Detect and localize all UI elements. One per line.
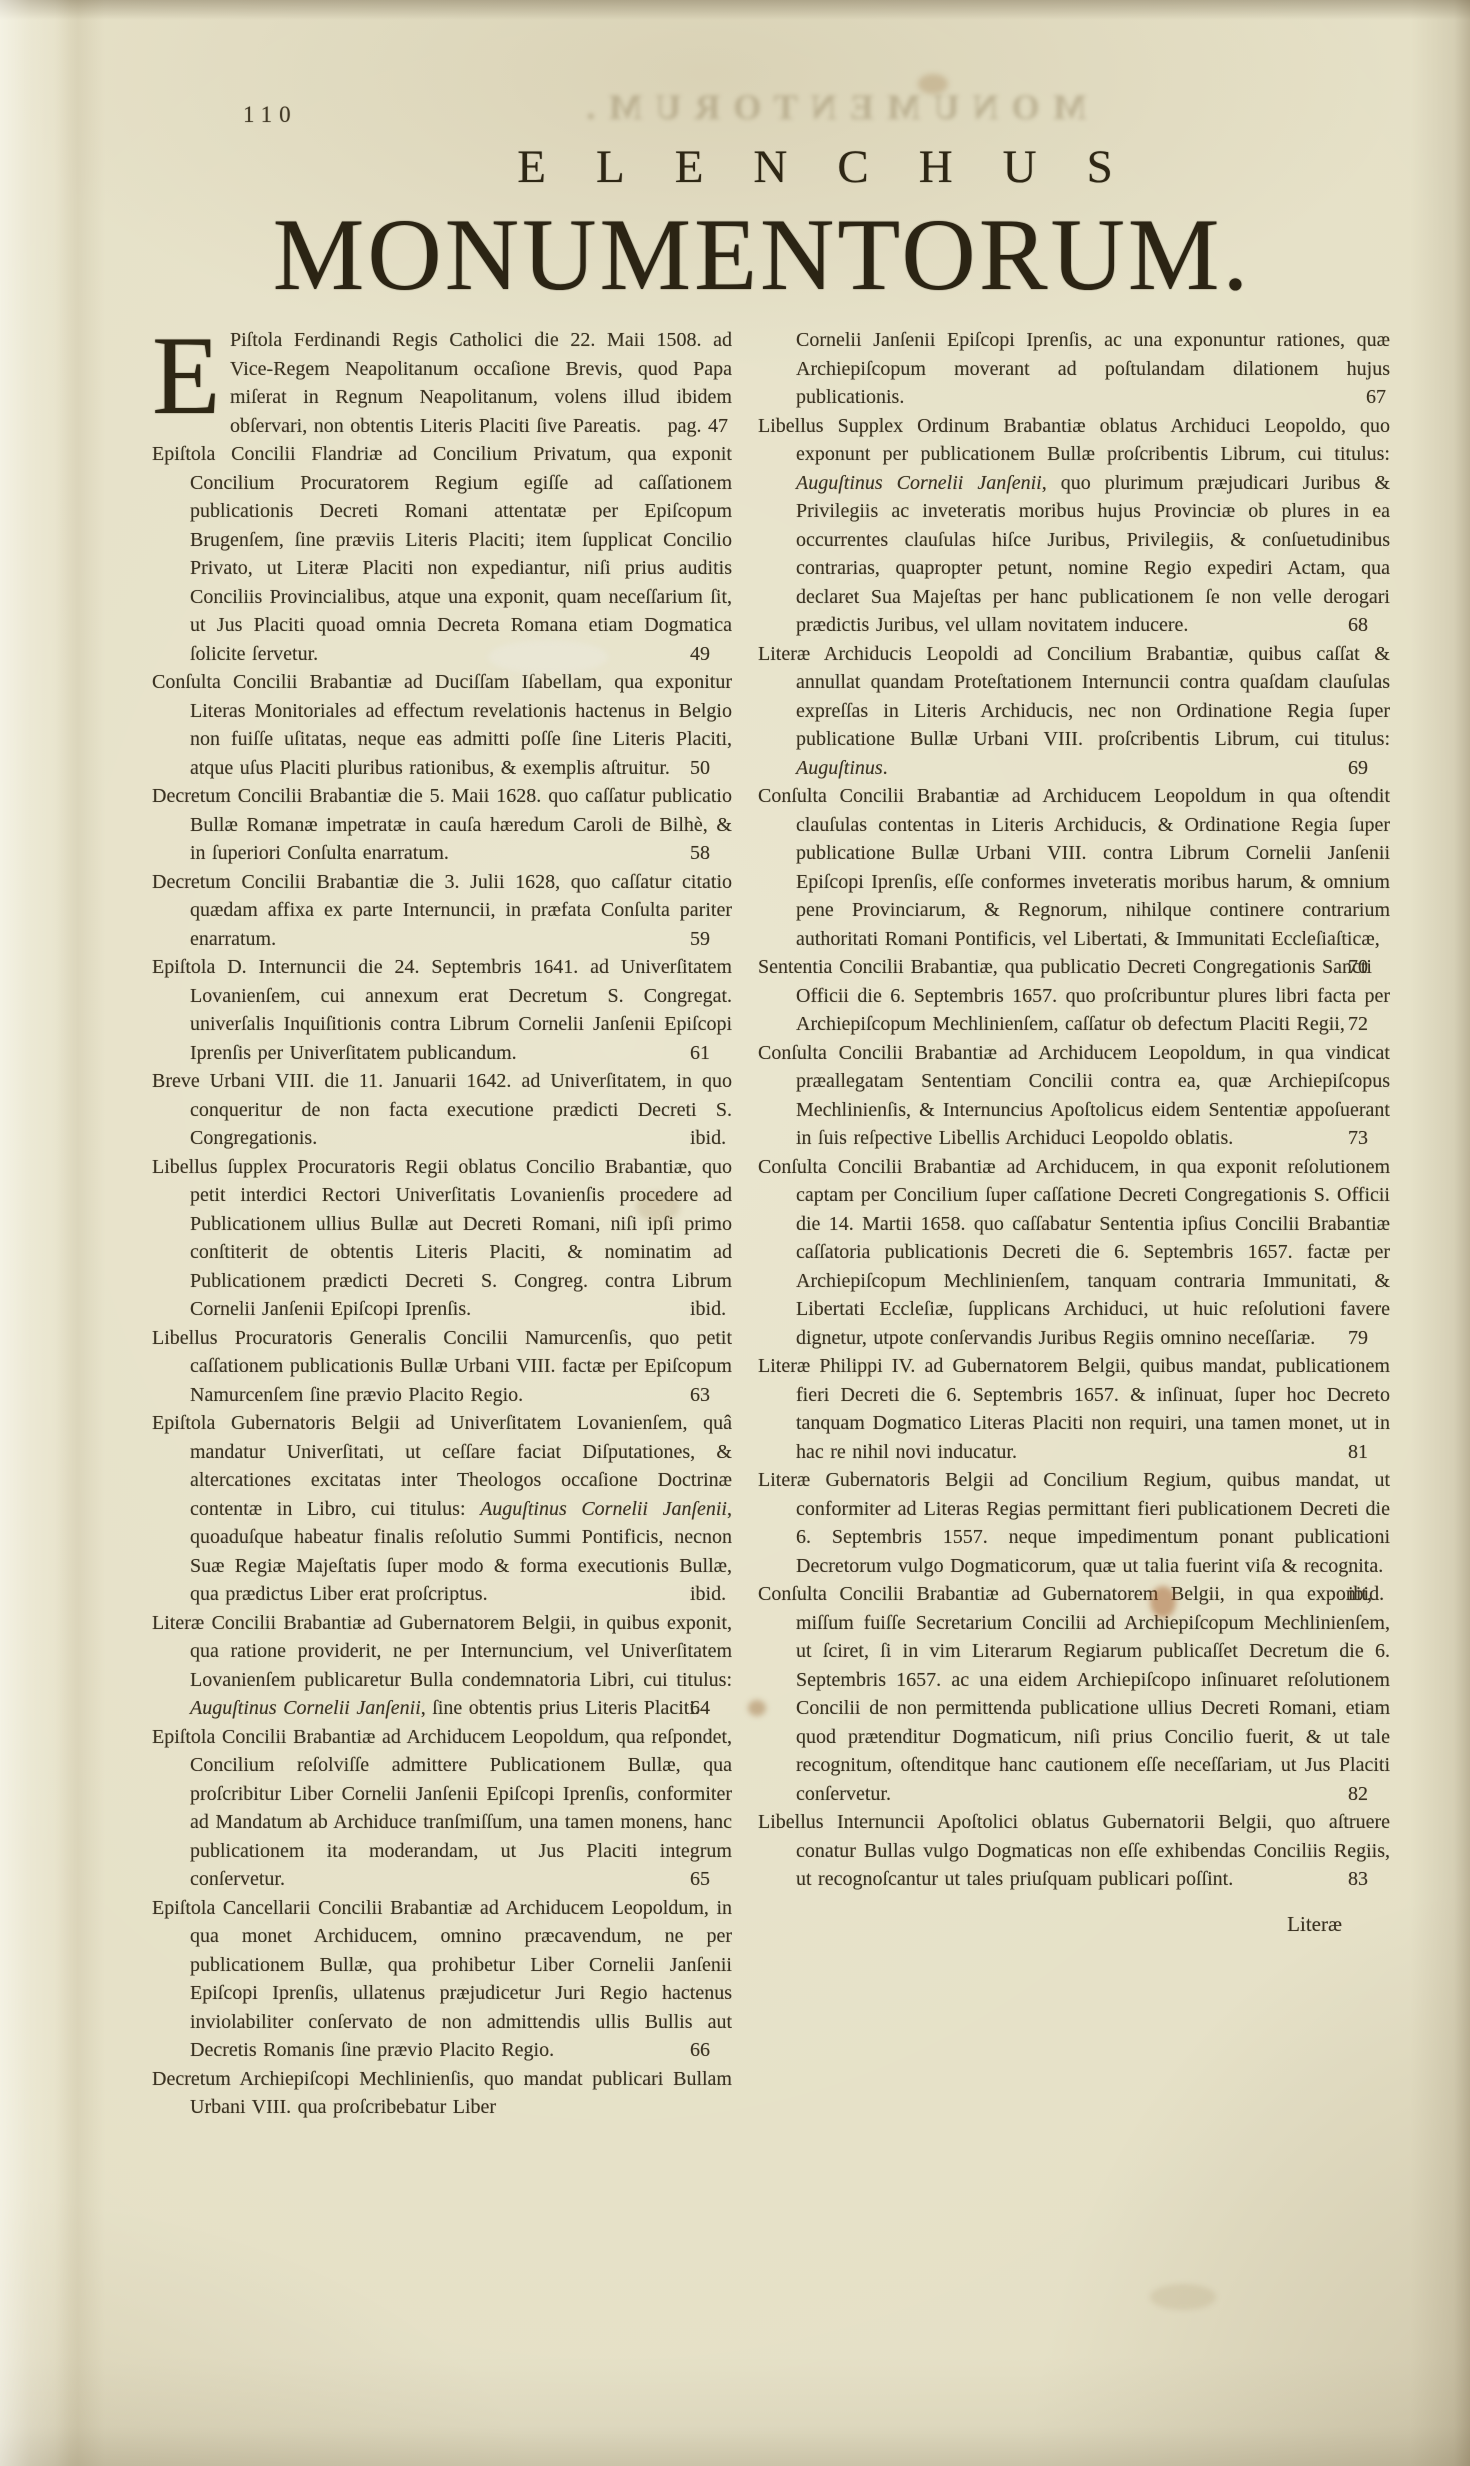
- entry-text: , quo plurimum præjudicari Juribus & Pri…: [796, 472, 1390, 637]
- page-ref: 67: [1352, 383, 1390, 412]
- page-ref: 72: [1372, 1010, 1390, 1039]
- index-column-left: EPiſtola Ferdinandi Regis Catholici die …: [152, 326, 732, 2446]
- entry-text: Literæ Archiducis Leopoldi ad Concilium …: [758, 643, 1390, 751]
- page-ref: 50: [714, 754, 732, 783]
- page-ref: 82: [1372, 1780, 1390, 1809]
- index-entry: Libellus Supplex Ordinum Brabantiæ oblat…: [758, 412, 1390, 640]
- index-entry: Conſulta Concilii Brabantiæ ad Gubernato…: [758, 1580, 1390, 1808]
- page-title-monumentorum: MONUMENTORUM.: [273, 196, 1251, 314]
- drop-cap-initial: E: [152, 332, 218, 420]
- page-ref: 58: [714, 839, 732, 868]
- page-ref: 59: [714, 925, 732, 954]
- index-entry: Cornelii Janſenii Epiſcopi Iprenſis, ac …: [758, 326, 1390, 412]
- entry-text: Decretum Concilii Brabantiæ die 5. Maii …: [152, 785, 732, 864]
- entry-text: Literæ Concilii Brabantiæ ad Gubernatore…: [152, 1612, 732, 1691]
- index-entry: Breve Urbani VIII. die 11. Januarii 1642…: [152, 1067, 732, 1153]
- book-title-italic: Auguſtinus Cornelii Janſenii: [480, 1498, 727, 1520]
- entry-text: Decretum Concilii Brabantiæ die 3. Julii…: [152, 871, 732, 950]
- index-entry: Decretum Concilii Brabantiæ die 5. Maii …: [152, 782, 732, 868]
- page-ref: 49: [714, 640, 732, 669]
- index-entry: EPiſtola Ferdinandi Regis Catholici die …: [152, 326, 732, 440]
- entry-text: Literæ Philippi IV. ad Gubernatorem Belg…: [758, 1355, 1390, 1463]
- entry-text: Libellus Supplex Ordinum Brabantiæ oblat…: [758, 415, 1390, 466]
- page-ref: 73: [1372, 1124, 1390, 1153]
- page-ref: ibid.: [714, 1124, 732, 1153]
- bleedthrough-title: MONUMENTORUM.: [573, 86, 1086, 128]
- paper-sheen: [488, 640, 608, 674]
- page-ref: 83: [1372, 1865, 1390, 1894]
- index-entry: Epiſtola Concilii Flandriæ ad Concilium …: [152, 440, 732, 668]
- entry-text: Literæ Gubernatoris Belgii ad Concilium …: [758, 1469, 1390, 1577]
- page-title-elenchus: ELENCHUS: [517, 140, 1162, 194]
- page-ref: 79: [1372, 1324, 1390, 1353]
- index-entry: Epiſtola D. Internuncii die 24. Septembr…: [152, 953, 732, 1067]
- foxing-spot: [748, 1700, 766, 1716]
- index-entry: Epiſtola Concilii Brabantiæ ad Archiduce…: [152, 1723, 732, 1894]
- foxing-spot: [636, 1192, 680, 1222]
- entry-text: Decretum Archiepiſcopi Mechlinienſis, qu…: [152, 2068, 732, 2119]
- entry-text: Conſulta Concilii Brabantiæ ad Duciſſam …: [152, 671, 732, 779]
- index-entry: Conſulta Concilii Brabantiæ ad Archiduce…: [758, 1039, 1390, 1153]
- folio-number: 110: [243, 102, 298, 128]
- entry-text: Libellus Procuratoris Generalis Concilii…: [152, 1327, 732, 1406]
- index-entry: Conſulta Concilii Brabantiæ ad Duciſſam …: [152, 668, 732, 782]
- index-entry: Literæ Archiducis Leopoldi ad Concilium …: [758, 640, 1390, 783]
- entry-text: Epiſtola Cancellarii Concilii Brabantiæ …: [152, 1897, 732, 2062]
- entry-text: Conſulta Concilii Brabantiæ ad Gubernato…: [758, 1583, 1390, 1805]
- index-entry: Conſulta Concilii Brabantiæ ad Archiduce…: [758, 782, 1390, 953]
- index-entry: Conſulta Concilii Brabantiæ ad Archiduce…: [758, 1153, 1390, 1353]
- page-ref: 66: [714, 2036, 732, 2065]
- page-ref: 64: [714, 1694, 732, 1723]
- entry-text: Sententia Concilii Brabantiæ, qua public…: [758, 956, 1390, 1035]
- page-ref: 69: [1372, 754, 1390, 783]
- book-title-italic: Auguſtinus: [796, 757, 883, 779]
- page-ref: ibid.: [714, 1580, 732, 1609]
- index-entry: Literæ Philippi IV. ad Gubernatorem Belg…: [758, 1352, 1390, 1466]
- index-entry: Literæ Gubernatoris Belgii ad Concilium …: [758, 1466, 1390, 1580]
- index-entry: Decretum Concilii Brabantiæ die 3. Julii…: [152, 868, 732, 954]
- entry-text: Epiſtola D. Internuncii die 24. Septembr…: [152, 956, 732, 1064]
- entry-text: Epiſtola Concilii Flandriæ ad Concilium …: [152, 443, 732, 665]
- index-entry: Literæ Concilii Brabantiæ ad Gubernatore…: [152, 1609, 732, 1723]
- index-entry: Libellus Internuncii Apoſtolici oblatus …: [758, 1808, 1390, 1894]
- book-page-scan: MONUMENTORUM. 110 ELENCHUS MONUMENTORUM.…: [0, 0, 1470, 2466]
- entry-text: Breve Urbani VIII. die 11. Januarii 1642…: [152, 1070, 732, 1149]
- page-ref: 63: [714, 1381, 732, 1410]
- page-ref: 70: [1372, 953, 1390, 982]
- page-ref: ibid.: [1372, 1580, 1390, 1609]
- page-ref: ibid.: [714, 1295, 732, 1324]
- catchword: Literæ: [758, 1910, 1390, 1939]
- index-entry: Libellus Procuratoris Generalis Concilii…: [152, 1324, 732, 1410]
- index-column-right: Cornelii Janſenii Epiſcopi Iprenſis, ac …: [758, 326, 1390, 2446]
- entry-text: , ſine obtentis prius Literis Placiti.: [421, 1697, 700, 1719]
- entry-text: Conſulta Concilii Brabantiæ ad Archiduce…: [758, 1042, 1390, 1150]
- book-title-italic: Auguſtinus Cornelii Janſenii: [190, 1697, 421, 1719]
- page-ref: 68: [1372, 611, 1390, 640]
- entry-text: Conſulta Concilii Brabantiæ ad Archiduce…: [758, 785, 1390, 950]
- entry-text: Cornelii Janſenii Epiſcopi Iprenſis, ac …: [796, 329, 1390, 408]
- foxing-spot: [1150, 1586, 1176, 1618]
- entry-text: Conſulta Concilii Brabantiæ ad Archiduce…: [758, 1156, 1390, 1349]
- entry-text: Epiſtola Concilii Brabantiæ ad Archiduce…: [152, 1726, 732, 1891]
- index-entry: Epiſtola Cancellarii Concilii Brabantiæ …: [152, 1894, 732, 2065]
- page-ref: 81: [1372, 1438, 1390, 1467]
- entry-text: .: [883, 757, 888, 779]
- index-entry: Decretum Archiepiſcopi Mechlinienſis, qu…: [152, 2065, 732, 2122]
- entry-text: Libellus ſupplex Procuratoris Regii obla…: [152, 1156, 732, 1321]
- foxing-spot: [918, 74, 948, 94]
- index-entry: Libellus ſupplex Procuratoris Regii obla…: [152, 1153, 732, 1324]
- page-ref: 65: [714, 1865, 732, 1894]
- foxing-spot: [1150, 2284, 1216, 2310]
- book-title-italic: Auguſtinus Cornelii Janſenii: [796, 472, 1042, 494]
- page-ref: 61: [714, 1039, 732, 1068]
- index-entry: Epiſtola Gubernatoris Belgii ad Univerſi…: [152, 1409, 732, 1609]
- index-entry: Sententia Concilii Brabantiæ, qua public…: [758, 953, 1390, 1039]
- entry-text: Libellus Internuncii Apoſtolici oblatus …: [758, 1811, 1390, 1890]
- page-ref: pag. 47: [654, 412, 732, 441]
